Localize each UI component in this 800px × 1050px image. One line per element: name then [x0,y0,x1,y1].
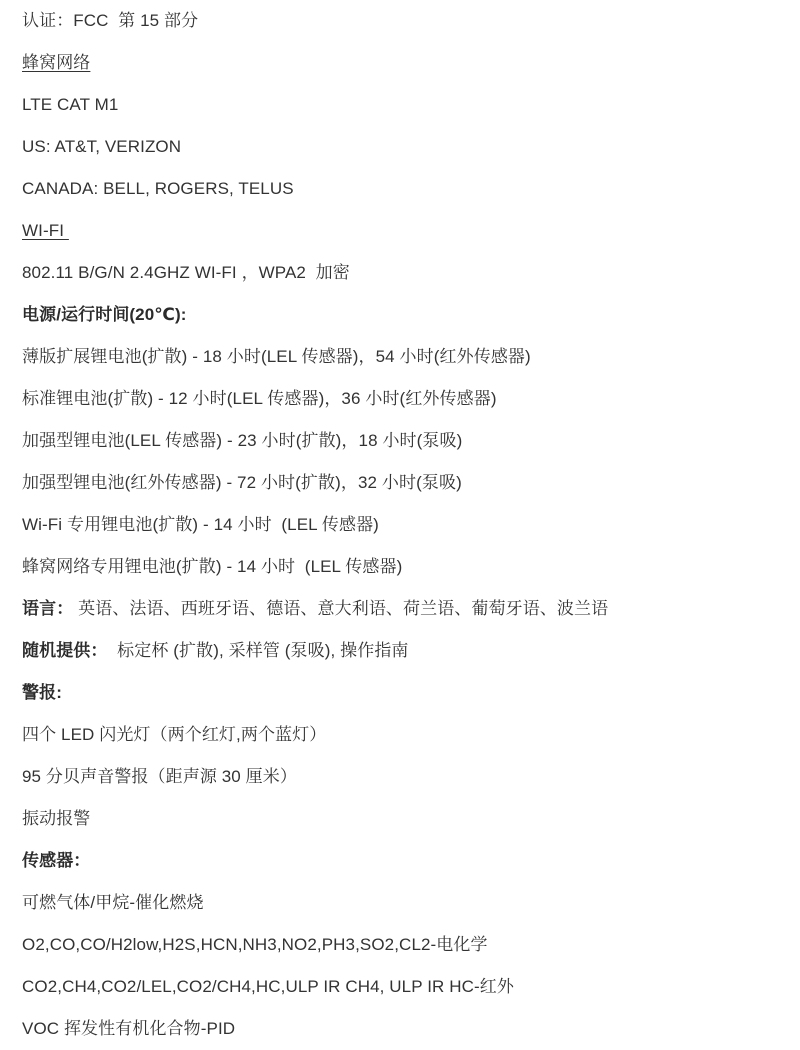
spec-line-text: 标定杯 (扩散), 采样管 (泵吸), 操作指南 [108,641,409,660]
spec-line-text: LTE CAT M1 [22,95,118,114]
spec-line: 蜂窝网络专用锂电池(扩散) - 14 小时 (LEL 传感器) [22,554,776,579]
spec-line-text: VOC 挥发性有机化合物-PID [22,1019,235,1038]
spec-line: US: AT&T, VERIZON [22,134,776,159]
spec-line-text: CO2,CH4,CO2/LEL,CO2/CH4,HC,ULP IR CH4, U… [22,977,514,996]
spec-line: 薄版扩展锂电池(扩散) - 18 小时(LEL 传感器)，54 小时(红外传感器… [22,344,776,369]
spec-line-label: 随机提供： [22,641,108,660]
spec-document: 认证：FCC 第 15 部分蜂窝网络LTE CAT M1US: AT&T, VE… [0,0,800,1050]
spec-line-text: 英语、法语、西班牙语、德语、意大利语、荷兰语、葡萄牙语、波兰语 [73,599,608,618]
spec-line-labeled: 传感器： [22,848,776,873]
spec-line: CO2,CH4,CO2/LEL,CO2/CH4,HC,ULP IR CH4, U… [22,974,776,999]
spec-line: 可燃气体/甲烷-催化燃烧 [22,890,776,915]
spec-line-labeled: 语言： 英语、法语、西班牙语、德语、意大利语、荷兰语、葡萄牙语、波兰语 [22,596,776,621]
spec-line: 加强型锂电池(红外传感器) - 72 小时(扩散)，32 小时(泵吸) [22,470,776,495]
spec-line-text: 蜂窝网络 [22,53,90,72]
spec-line-text: WI-FI [22,221,69,240]
spec-line-labeled: 随机提供： 标定杯 (扩散), 采样管 (泵吸), 操作指南 [22,638,776,663]
spec-line: CANADA: BELL, ROGERS, TELUS [22,176,776,201]
spec-line: VOC 挥发性有机化合物-PID [22,1016,776,1041]
spec-line-text: 四个 LED 闪光灯（两个红灯,两个蓝灯） [22,725,326,744]
spec-line-text: US: AT&T, VERIZON [22,137,181,156]
spec-line-text: 可燃气体/甲烷-催化燃烧 [22,893,204,912]
spec-line-labeled: 电源/运行时间(20℃): [22,302,776,327]
spec-line-label: 电源/运行时间(20℃): [22,305,187,324]
spec-line-label: 警报: [22,683,62,702]
spec-line: 95 分贝声音警报（距声源 30 厘米） [22,764,776,789]
spec-line-label: 语言： [22,599,73,618]
spec-heading-underlined: 蜂窝网络 [22,50,776,75]
spec-line-text: O2,CO,CO/H2low,H2S,HCN,NH3,NO2,PH3,SO2,C… [22,935,488,954]
spec-line-text: 加强型锂电池(红外传感器) - 72 小时(扩散)，32 小时(泵吸) [22,473,462,492]
spec-line-text: Wi-Fi 专用锂电池(扩散) - 14 小时 (LEL 传感器) [22,515,379,534]
spec-line-label: 传感器： [22,851,90,870]
spec-line-text: 蜂窝网络专用锂电池(扩散) - 14 小时 (LEL 传感器) [22,557,402,576]
spec-line: Wi-Fi 专用锂电池(扩散) - 14 小时 (LEL 传感器) [22,512,776,537]
spec-line-text: 加强型锂电池(LEL 传感器) - 23 小时(扩散)，18 小时(泵吸) [22,431,462,450]
spec-line-text: 95 分贝声音警报（距声源 30 厘米） [22,767,297,786]
spec-heading-underlined: WI-FI [22,218,776,243]
spec-line: 认证：FCC 第 15 部分 [22,8,776,33]
spec-line: 振动报警 [22,806,776,831]
spec-line: LTE CAT M1 [22,92,776,117]
spec-line-labeled: 警报: [22,680,776,705]
spec-line-text: 薄版扩展锂电池(扩散) - 18 小时(LEL 传感器)，54 小时(红外传感器… [22,347,531,366]
spec-line: O2,CO,CO/H2low,H2S,HCN,NH3,NO2,PH3,SO2,C… [22,932,776,957]
spec-line-text: 标准锂电池(扩散) - 12 小时(LEL 传感器)，36 小时(红外传感器) [22,389,497,408]
spec-line: 标准锂电池(扩散) - 12 小时(LEL 传感器)，36 小时(红外传感器) [22,386,776,411]
spec-line: 四个 LED 闪光灯（两个红灯,两个蓝灯） [22,722,776,747]
spec-line: 加强型锂电池(LEL 传感器) - 23 小时(扩散)，18 小时(泵吸) [22,428,776,453]
spec-line-text: 认证：FCC 第 15 部分 [22,11,198,30]
spec-line-text: CANADA: BELL, ROGERS, TELUS [22,179,294,198]
spec-line-text: 802.11 B/G/N 2.4GHZ WI-FI ，WPA2 加密 [22,263,350,282]
spec-line-text: 振动报警 [22,809,90,828]
spec-line: 802.11 B/G/N 2.4GHZ WI-FI ，WPA2 加密 [22,260,776,285]
